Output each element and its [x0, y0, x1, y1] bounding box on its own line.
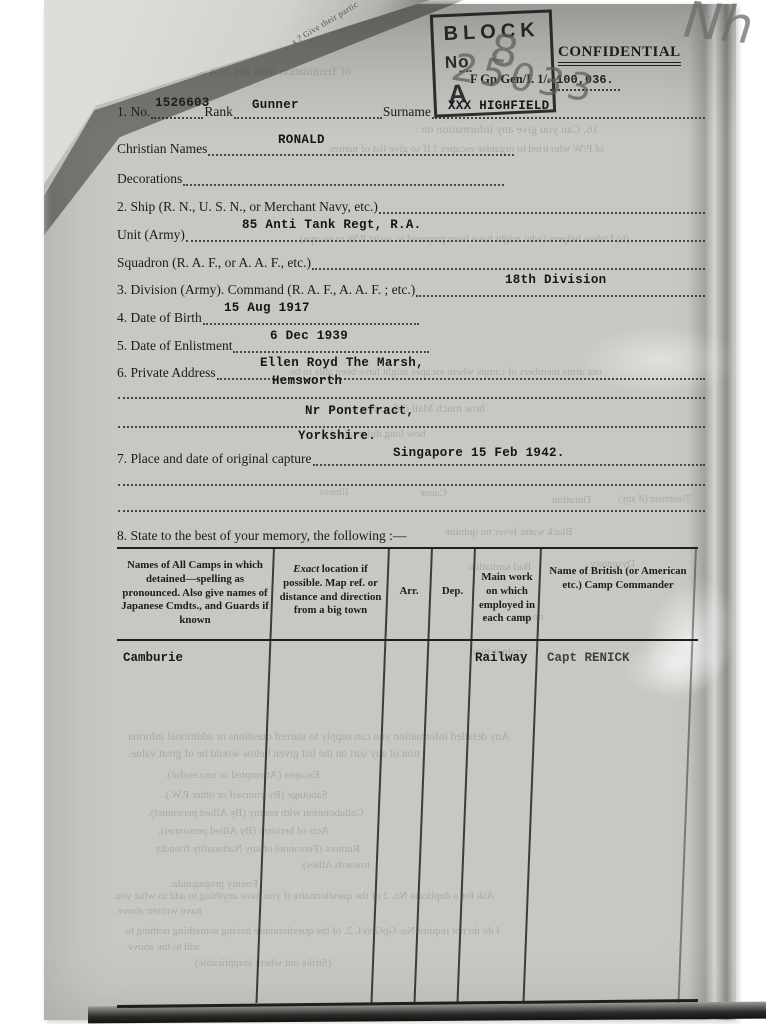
commander-cell: Capt RENICK [547, 651, 630, 665]
place-of-capture-value: Singapore 15 Feb 1942. [393, 446, 565, 460]
field-ship: 2. Ship (R. N., U. S. N., or Merchant Na… [117, 198, 706, 214]
field-decorations: Decorations [117, 170, 505, 186]
date-of-birth-value: 15 Aug 1917 [224, 301, 310, 315]
address-dotted-line-1 [117, 383, 706, 399]
capture-dotted-line-2 [117, 496, 706, 512]
dotted-leader [379, 199, 705, 214]
private-address-label: 6. Private Address [117, 366, 216, 380]
date-of-enlistment-value: 6 Dec 1939 [270, 329, 348, 343]
squadron-label: Squadron (R. A. F., or A. A. F., etc.) [117, 256, 311, 270]
ship-label: 2. Ship (R. N., U. S. N., or Merchant Na… [117, 200, 378, 214]
address-line-2: Hemsworth [272, 374, 342, 388]
address-line-1: Ellen Royd The Marsh, [260, 356, 424, 370]
col-header-location: Exact location if possible. Map ref. or … [277, 563, 384, 618]
main-work-cell: Railway [475, 651, 528, 665]
christian-names-value: RONALD [278, 133, 325, 147]
photographed-pow-questionnaire: of Termination from any of A M C16. Can … [0, 0, 772, 1024]
table-vertical-line [413, 549, 432, 1003]
col-header-main-work: Main work on which employed in each camp [476, 571, 538, 626]
surname-label: Surname [383, 105, 431, 119]
confidential-marking: CONFIDENTIAL [558, 44, 681, 66]
question-8-label: 8. State to the best of your memory, the… [117, 529, 406, 543]
bleedthrough-text: 16. Can you give any information on : [415, 122, 598, 137]
dotted-leader [118, 497, 705, 512]
rank-value: Gunner [252, 98, 299, 112]
col-header-arr: Arr. [390, 585, 428, 599]
christian-names-label: Christian Names [117, 142, 207, 156]
question-8-heading: 8. State to the best of your memory, the… [117, 527, 706, 543]
table-vertical-line [677, 549, 696, 1003]
address-line-4: Yorkshire. [298, 429, 376, 443]
capture-dotted-line-1 [117, 470, 706, 486]
date-of-birth-label: 4. Date of Birth [117, 311, 202, 325]
handwritten-corner-initials: Nh [681, 0, 756, 55]
division-value: 18th Division [505, 273, 606, 287]
col-header-dep: Dep. [434, 585, 471, 599]
camps-table: Names of All Camps in which detained—spe… [117, 547, 698, 1004]
dotted-leader [183, 171, 504, 186]
table-vertical-line [456, 549, 475, 1003]
address-line-3: Nr Pontefract, [305, 404, 414, 418]
dotted-leader [312, 255, 705, 270]
unit-label: Unit (Army) [117, 228, 185, 242]
camp-name-cell: Camburie [123, 651, 183, 665]
dotted-leader [118, 384, 705, 399]
field-division-command: 3. Division (Army). Command (R. A. F., A… [117, 281, 706, 297]
surname-value: XXX HIGHFIELD [448, 99, 549, 113]
dotted-leader [208, 141, 514, 156]
col-header-camps: Names of All Camps in which detained—spe… [121, 559, 269, 628]
decorations-label: Decorations [117, 172, 182, 186]
col-header-commander: Name of British (or American etc.) Camp … [543, 565, 693, 593]
dotted-leader [118, 471, 705, 486]
field-squadron: Squadron (R. A. F., or A. A. F., etc.) [117, 254, 706, 270]
place-of-capture-label: 7. Place and date of original capture [117, 452, 312, 466]
unit-value: 85 Anti Tank Regt, R.A. [242, 218, 421, 232]
division-label: 3. Division (Army). Command (R. A. F., A… [117, 283, 415, 297]
date-of-enlistment-label: 5. Date of Enlistment [117, 339, 232, 353]
exact-word: Exact [293, 563, 319, 575]
